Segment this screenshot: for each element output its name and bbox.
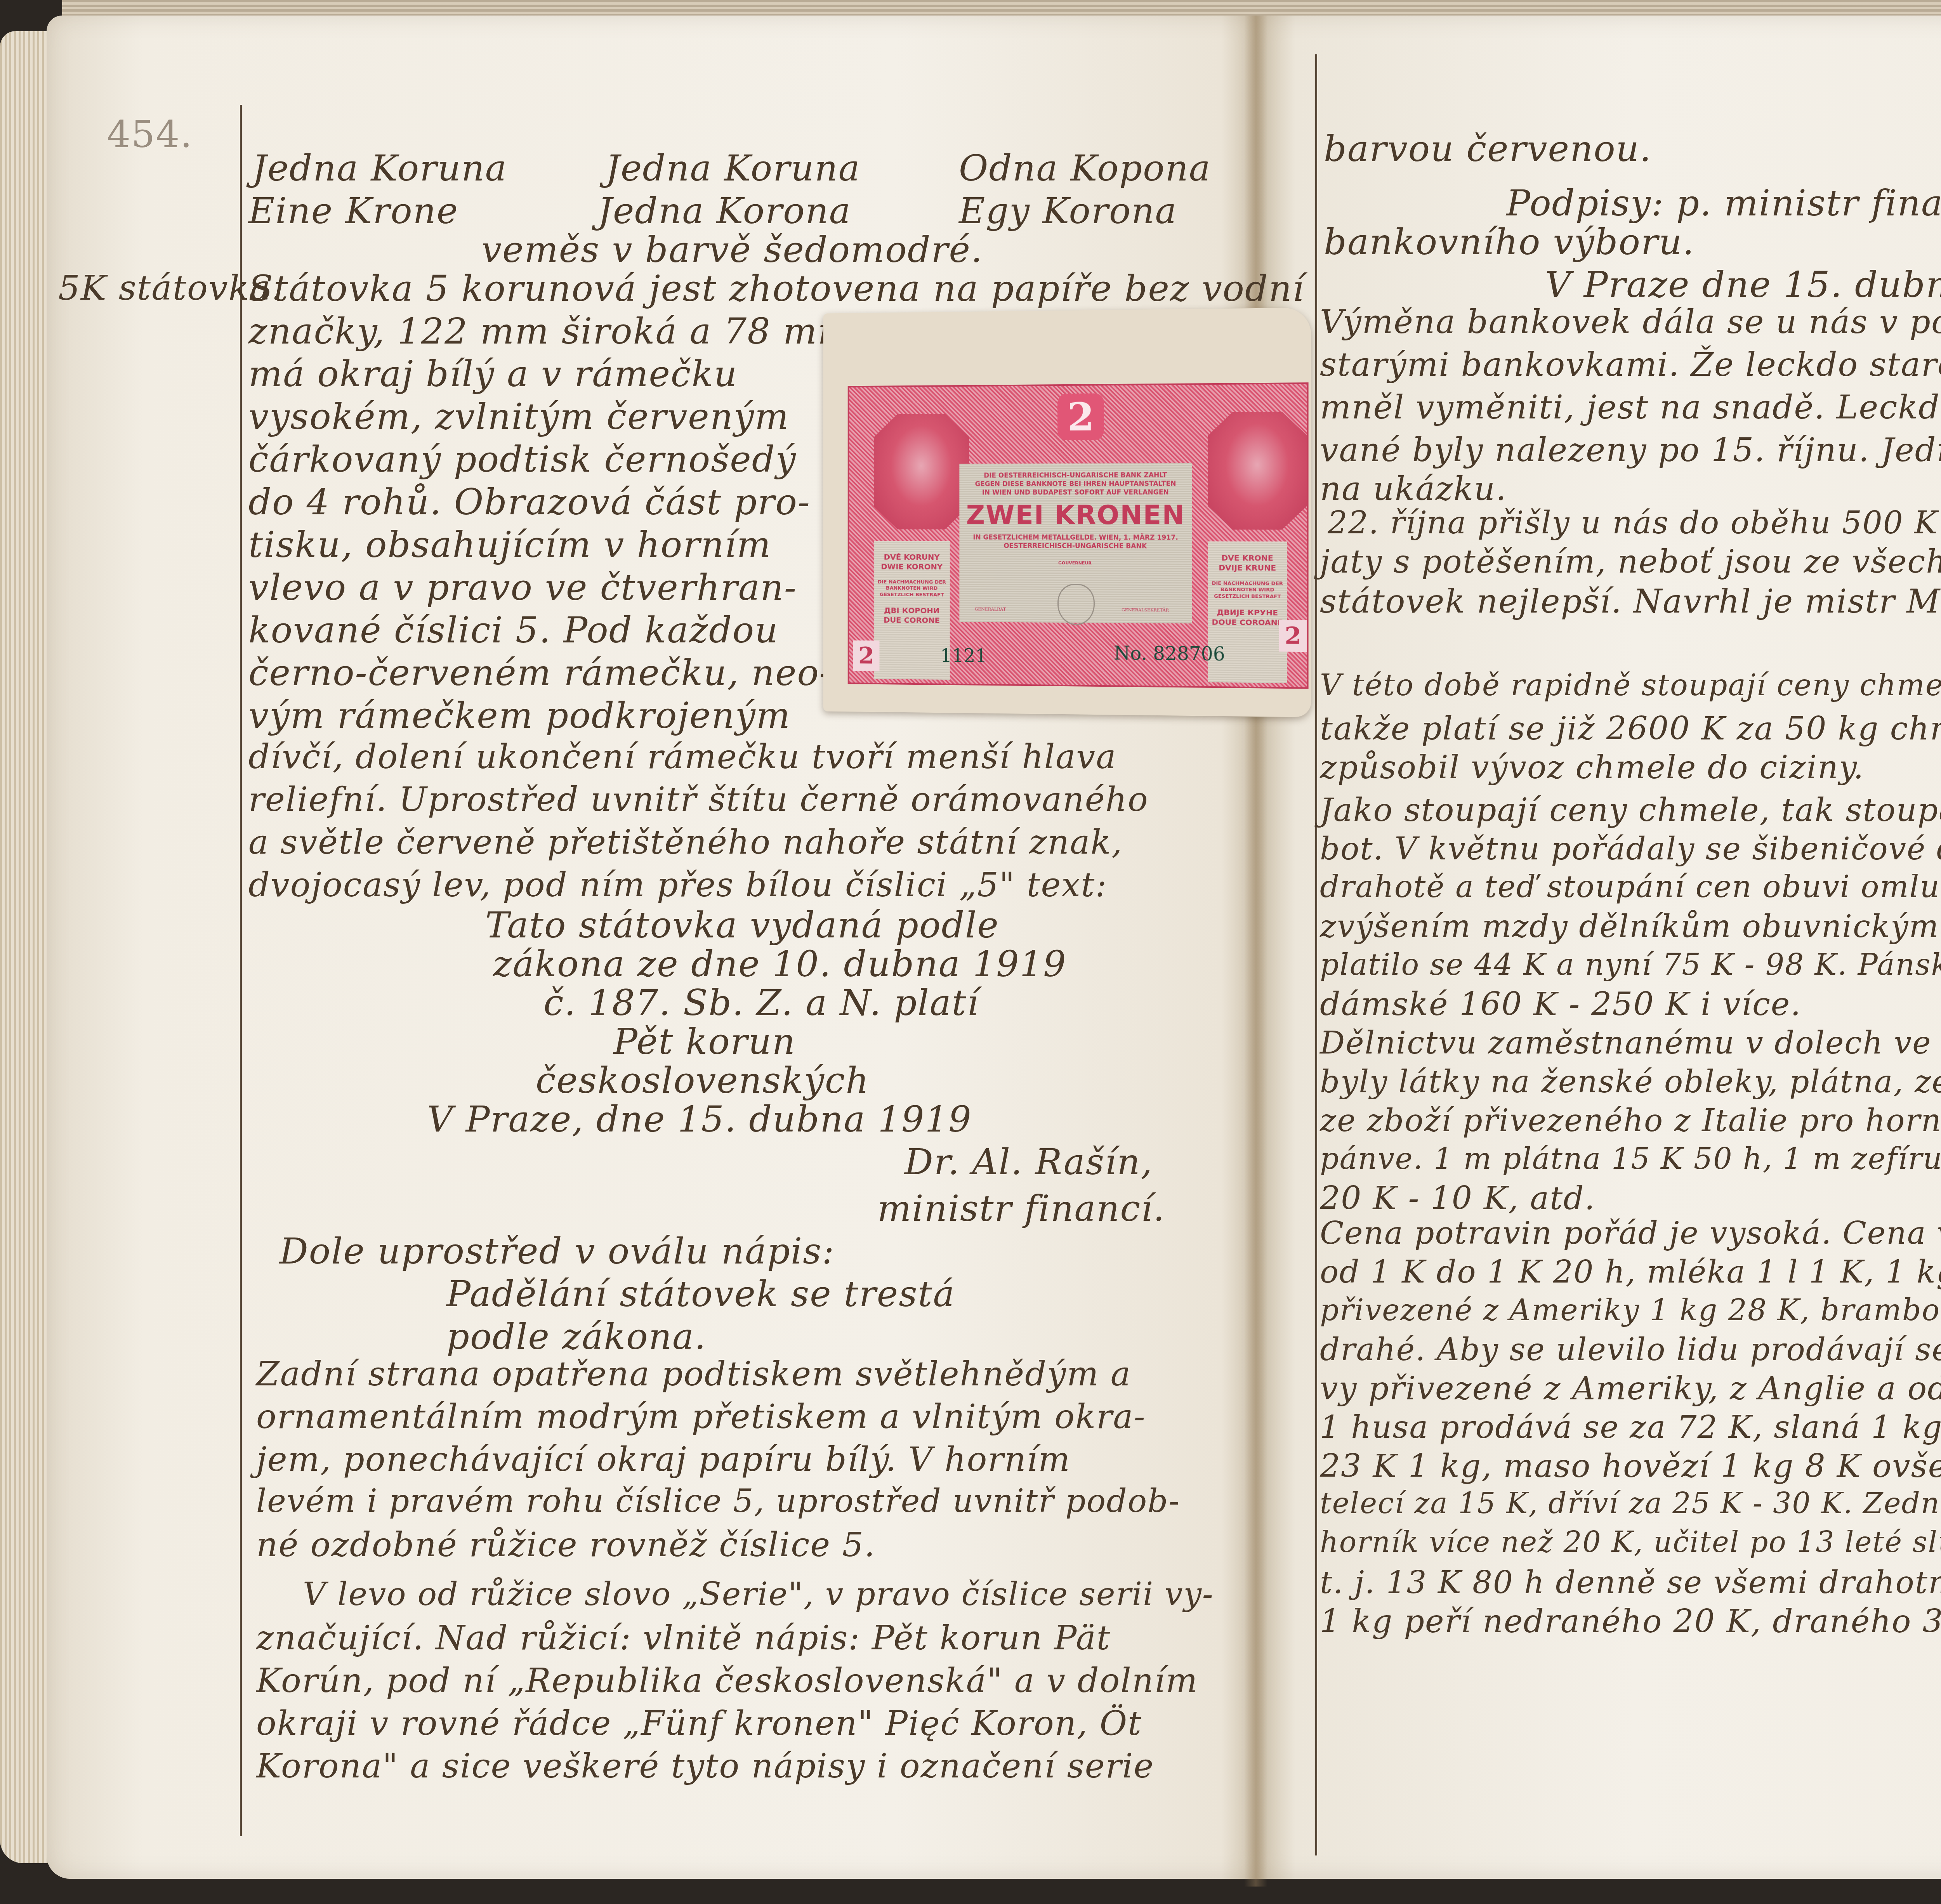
text-line: telecí za 15 K, dříví za 25 K - 30 K. Ze… — [1320, 1487, 1941, 1520]
text-line: dívčí, dolení ukončení rámečku tvoří men… — [248, 738, 1116, 776]
sig-generalrat: GENERALRAT — [975, 607, 1006, 612]
banknote-text-line: ДВИЈЕ КРУНЕ — [1208, 607, 1287, 618]
text-line: značující. Nad růžicí: vlnitě nápis: Pět… — [256, 1619, 1111, 1658]
portrait-right-icon — [1208, 411, 1307, 529]
denomination-ru: Odna Kopona — [959, 148, 1211, 189]
portrait-left-icon — [874, 413, 969, 529]
text-line: platilo se 44 K a nyní 75 K - 98 K. Páns… — [1320, 947, 1941, 982]
left-page-margin-rule — [240, 105, 242, 1836]
signature-rasin: Dr. Al. Rašín, — [905, 1141, 1153, 1183]
quote-line: č. 187. Sb. Z. a N. platí — [543, 982, 979, 1024]
quote-line: V Praze, dne 15. dubna 1919 — [427, 1099, 972, 1140]
text-line: V Praze dne 15. dubna 1919. — [1545, 264, 1941, 305]
text-line: 22. října přišly u nás do oběhu 500 K st… — [1328, 505, 1941, 541]
text-line: V této době rapidně stoupají ceny chmele… — [1320, 668, 1941, 702]
text-line: 23 K 1 kg, maso hovězí 1 kg 8 K ovšem že… — [1320, 1448, 1941, 1485]
denomination-hu: Egy Korona — [959, 190, 1177, 232]
text-line: přivezené z Ameriky 1 kg 28 K, brambory … — [1320, 1293, 1941, 1327]
text-line: dámské 160 K - 250 K i více. — [1320, 986, 1801, 1023]
text-line: jem, ponechávající okraj papíru bílý. V … — [256, 1440, 1071, 1479]
text-line: způsobil vývoz chmele do ciziny. — [1320, 749, 1864, 786]
text-line: vysokém, zvlnitým červeným — [248, 396, 789, 437]
banknote-text-line: DVE KRONE — [1208, 553, 1287, 563]
text-line: drahotě a teď stoupání cen obuvi omluven… — [1320, 870, 1941, 904]
sig-generalsekretar: GENERALSEKRETÄR — [1122, 607, 1169, 613]
page-number-left: 454. — [107, 113, 193, 156]
text-line: Korún, pod ní „Republika československá"… — [256, 1661, 1198, 1700]
banknote-promise: DIE OESTERREICHISCH-UNGARISCHE BANK ZAHL… — [959, 471, 1192, 497]
banknote-left-box: DVĚ KORUNY DWIE KORONY DIE NACHMACHUNG D… — [874, 541, 950, 680]
text-line: jaty s potěšením, neboť jsou ze všech do… — [1320, 543, 1941, 580]
banknote-frame: 2 DIE OESTERREICHISCH-UNGARISCHE BANK ZA… — [848, 382, 1309, 689]
corner-value-right: 2 — [1279, 620, 1307, 652]
sig-governor: GOUVERNEUR — [959, 560, 1192, 566]
text-line: Státovka 5 korunová jest zhotovena na pa… — [248, 268, 1305, 309]
banknote-text-line: ДВІ КОРОНИ — [874, 606, 950, 616]
banknote-title: ZWEI KRONEN — [959, 502, 1192, 529]
banknote-text-line: DIE OESTERREICHISCH-UNGARISCHE BANK ZAHL… — [959, 471, 1192, 480]
text-line: má okraj bílý a v rámečku — [248, 353, 738, 395]
signature-title: ministr financí. — [877, 1188, 1165, 1229]
quote-line: zákona ze dne 10. dubna 1919 — [493, 943, 1067, 985]
banknote-text-line: DIE NACHMACHUNG DER BANKNOTEN WIRD GESET… — [1208, 581, 1287, 600]
banknote-value-badge: 2 — [1057, 393, 1104, 440]
banknote-serial-number: No. 828706 — [1114, 642, 1225, 665]
text-line: Podpisy: p. ministr financí a dva členov… — [1506, 182, 1941, 224]
quote-line: Pět korun — [613, 1021, 796, 1062]
banknote-text-line: DVĚ KORUNY — [874, 552, 950, 562]
text-line: byly látky na ženské obleky, plátna, zef… — [1320, 1064, 1941, 1100]
text-line: okraji v rovné řádce „Fünf kronen" Pięć … — [256, 1704, 1142, 1743]
banknote-text-line: IN GESETZLICHEM METALLGELDE. WIEN, 1. MÄ… — [959, 533, 1192, 542]
text-line: mněl vyměniti, jest na snadě. Leckde ve … — [1320, 388, 1941, 426]
text-line: černo-červeném rámečku, neo- — [248, 652, 832, 694]
banknote-center-panel: DIE OESTERREICHISCH-UNGARISCHE BANK ZAHL… — [959, 463, 1192, 623]
text-line: bankovního výboru. — [1324, 221, 1694, 263]
denomination-sl: Jedna Koruna — [606, 148, 861, 189]
date-line: V Praze dne 15. dubna 1919. — [1545, 264, 1941, 305]
pasted-banknote-2-kronen: 2 DIE OESTERREICHISCH-UNGARISCHE BANK ZA… — [823, 307, 1311, 717]
banknote-text-line: DOUE COROANE — [1208, 617, 1287, 628]
text-line: 1 husa prodává se za 72 K, slaná 1 kg 30… — [1320, 1409, 1941, 1445]
text-line: drahé. Aby se ulevilo lidu prodávají se … — [1320, 1331, 1941, 1368]
quote-line: Tato státovka vydaná podle — [485, 904, 999, 946]
text-line: V levo od růžice slovo „Serie", v pravo … — [303, 1576, 1214, 1613]
text-line: dvojocasý lev, pod ním přes bílou číslic… — [248, 866, 1107, 904]
text-line: čárkovaný podtisk černošedý — [248, 439, 797, 480]
text-line: bot. V květnu pořádaly se šibeničové dem… — [1320, 831, 1941, 867]
text-line: od 1 K do 1 K 20 h, mléka 1 l 1 K, 1 kg … — [1320, 1254, 1941, 1290]
text-line: Cena potravin pořád je vysoká. Cena vají… — [1320, 1215, 1941, 1251]
text-line: kované číslici 5. Pod každou — [248, 609, 778, 651]
text-line: Padělání státovek se trestá — [446, 1273, 955, 1315]
corner-value-left: 2 — [853, 640, 879, 672]
text-line: veměs v barvě šedomodré. — [481, 229, 983, 271]
text-line: pánve. 1 m plátna 15 K 50 h, 1 m zefíru … — [1320, 1141, 1941, 1176]
text-line: Zadní strana opatřena podtiskem světlehn… — [256, 1355, 1131, 1394]
banknote-series: 1121 — [940, 645, 987, 667]
text-line: horník více než 20 K, učitel po 13 leté … — [1320, 1526, 1941, 1559]
double-eagle-crest-icon — [1057, 584, 1095, 625]
text-line: Výměna bankovek dála se u nás v pořádku,… — [1320, 303, 1941, 341]
text-line: Dole uprostřed v oválu nápis: — [280, 1231, 835, 1272]
text-line: levém i pravém rohu číslice 5, uprostřed… — [256, 1483, 1180, 1520]
text-line: státovek nejlepší. Navrhl je mistr Mucha… — [1320, 582, 1941, 620]
text-line: barvou červenou. — [1324, 128, 1652, 170]
quote-line: československých — [536, 1060, 870, 1101]
denomination-cz: Jedna Koruna — [252, 148, 507, 189]
denomination-de: Eine Krone — [248, 190, 458, 232]
text-line: na ukázku. — [1320, 470, 1507, 508]
text-line: vané byly nalezeny po 15. říjnu. Jednu p… — [1320, 431, 1941, 469]
text-line: a světle červeně přetištěného nahoře stá… — [248, 823, 1123, 862]
right-page-left-rule — [1315, 54, 1317, 1855]
banknote-text-line: IN WIEN UND BUDAPEST SOFORT AUF VERLANGE… — [959, 488, 1192, 497]
text-line: né ozdobné růžice rovněž číslice 5. — [256, 1526, 876, 1564]
banknote-text-line: GEGEN DIESE BANKNOTE BEI IHREN HAUPTANST… — [959, 479, 1192, 488]
text-line: takže platí se již 2600 K za 50 kg chmel… — [1320, 710, 1941, 747]
banknote-text-line: DVIJE KRUNE — [1208, 563, 1287, 573]
banknote-text-line: OESTERREICHISCH-UNGARISCHE BANK — [959, 542, 1192, 551]
text-line: do 4 rohů. Obrazová část pro- — [248, 481, 811, 523]
text-line: Dělnictvu zaměstnanému v dolech ve Hředl… — [1320, 1025, 1941, 1061]
text-line: t. j. 13 K 80 h denně se všemi drahotním… — [1320, 1564, 1941, 1600]
text-line: starými bankovkami. Že leckdo staré úpla… — [1320, 345, 1941, 384]
text-line: ze zboží přivezeného z Italie pro hornic… — [1320, 1102, 1941, 1139]
denomination-pl: Jedna Korona — [598, 190, 851, 232]
text-line: 20 K - 10 K, atd. — [1320, 1180, 1596, 1217]
text-line: tisku, obsahujícím v horním — [248, 524, 771, 566]
fore-edge-left — [0, 31, 54, 1863]
text-line: vy přivezené z Ameriky, z Anglie a odjin… — [1320, 1370, 1941, 1407]
text-line: vým rámečkem podkrojeným — [248, 695, 791, 736]
text-line: 1 kg peří nedraného 20 K, draného 38 K i… — [1320, 1603, 1941, 1640]
text-line: ornamentálním modrým přetiskem a vlnitým… — [256, 1397, 1146, 1436]
banknote-text-line: DUE CORONE — [874, 615, 950, 625]
text-line: Korona" a sice veškeré tyto nápisy i ozn… — [256, 1747, 1154, 1786]
banknote-subtitle: IN GESETZLICHEM METALLGELDE. WIEN, 1. MÄ… — [959, 533, 1192, 551]
text-line: Jako stoupají ceny chmele, tak stoupají … — [1320, 792, 1941, 829]
text-line: podle zákona. — [446, 1316, 707, 1357]
banknote-text-line: DIE NACHMACHUNG DER BANKNOTEN WIRD GESET… — [874, 579, 950, 598]
text-line: reliefní. Uprostřed uvnitř štítu černě o… — [248, 780, 1149, 819]
banknote-text-line: DWIE KORONY — [874, 562, 950, 572]
text-line: vlevo a v pravo ve čtverhran- — [248, 567, 797, 608]
text-line: zvýšením mzdy dělníkům obuvnickým. Za dě… — [1320, 908, 1941, 944]
